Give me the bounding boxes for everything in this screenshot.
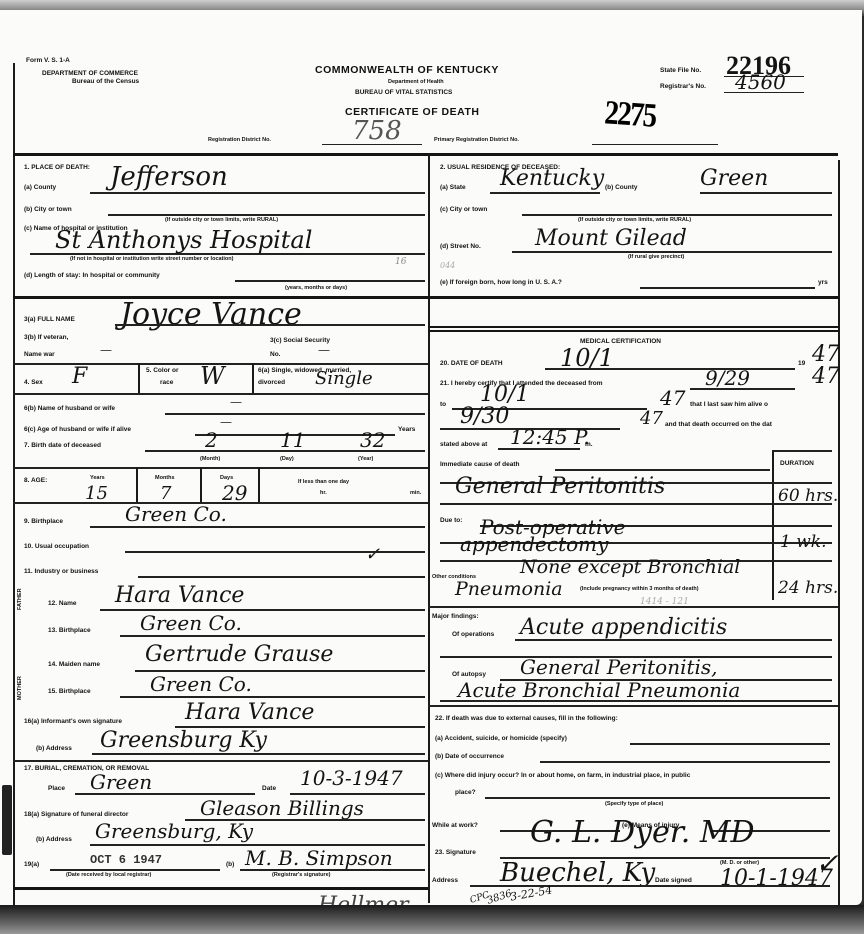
marital-label2: divorced bbox=[258, 380, 285, 387]
reg-district-label: Registration District No. bbox=[208, 138, 271, 144]
scan-bottom-edge bbox=[0, 905, 864, 934]
funeral-director-value: Gleason Billings bbox=[200, 798, 364, 818]
funeral-director-label: 18(a) Signature of funeral director bbox=[24, 812, 128, 819]
less-than-day-label: If less than one day bbox=[298, 480, 349, 486]
dod-century: 19 bbox=[798, 361, 805, 368]
funeral-addr-label: (b) Address bbox=[36, 837, 72, 844]
registrar-sig-value: M. B. Simpson bbox=[245, 848, 393, 868]
dod-label: 20. DATE OF DEATH bbox=[440, 361, 503, 368]
check-mark: ✓ bbox=[815, 850, 838, 878]
death-county-value: Jefferson bbox=[110, 164, 228, 190]
burial-date-label: Date bbox=[262, 786, 276, 793]
res-state-label: (a) State bbox=[440, 185, 466, 192]
birth-day-value: 11 bbox=[280, 430, 305, 450]
operations-value: Acute appendicitis bbox=[520, 617, 727, 639]
father-name-label: 12. Name bbox=[48, 601, 77, 608]
industry-label: 11. Industry or business bbox=[24, 569, 98, 576]
res-street-note: (If rural give precinct) bbox=[628, 255, 684, 261]
funeral-addr-value: Greensburg, Ky bbox=[95, 821, 253, 841]
institution-note: (If not in hospital or institution write… bbox=[70, 257, 233, 263]
attended-to-value: 10/1 bbox=[480, 384, 529, 406]
injury-place-label2: place? bbox=[455, 790, 476, 797]
other-conditions-duration: 24 hrs. bbox=[778, 580, 838, 597]
res-faint-note: 044 bbox=[440, 262, 455, 270]
bureau-label: Bureau of the Census bbox=[72, 79, 139, 86]
race-label: 5. Color or bbox=[146, 368, 179, 375]
month-note: (Month) bbox=[200, 457, 220, 463]
immediate-cause-label: Immediate cause of death bbox=[440, 462, 519, 469]
birth-date-label: 7. Birth date of deceased bbox=[24, 443, 101, 450]
spouse-age-label: 6(c) Age of husband or wife if alive bbox=[24, 427, 131, 434]
father-birthplace-label: 13. Birthplace bbox=[48, 628, 91, 635]
immediate-cause-value: General Peritonitis bbox=[455, 476, 665, 498]
res-city-label: (c) City or town bbox=[440, 207, 487, 214]
received-note: (Date received by local registrar) bbox=[66, 873, 151, 879]
dept-health-label: Department of Health bbox=[388, 80, 444, 86]
father-side-label: FATHER bbox=[18, 588, 24, 610]
external-causes-title: 22. If death was due to external causes,… bbox=[435, 716, 618, 723]
stated-label: stated above at bbox=[440, 442, 487, 449]
burial-place-label: Place bbox=[48, 786, 65, 793]
bureau-vital-label: BUREAU OF VITAL STATISTICS bbox=[355, 90, 452, 97]
state-file-label: State File No. bbox=[660, 68, 701, 75]
birthplace-value: Green Co. bbox=[125, 504, 227, 524]
sex-value: F bbox=[72, 366, 87, 388]
occupation-label: 10. Usual occupation bbox=[24, 544, 89, 551]
birthplace-label: 9. Birthplace bbox=[24, 519, 63, 526]
informant-sig-label: 16(a) Informant's own signature bbox=[24, 719, 122, 726]
min-label: min. bbox=[410, 491, 421, 497]
last-seen-value: 9/30 bbox=[460, 406, 509, 428]
veteran-label: 3(b) If veteran, bbox=[24, 335, 68, 342]
full-name-value: Joyce Vance bbox=[120, 300, 302, 330]
spouse-age-value: — bbox=[220, 416, 232, 428]
registrar-value: 4560 bbox=[735, 72, 786, 92]
birth-month-value: 2 bbox=[205, 430, 218, 450]
spouse-value: — bbox=[230, 396, 242, 408]
form-number: Form V. S. 1-A bbox=[26, 58, 70, 65]
father-name-value: Hara Vance bbox=[115, 585, 244, 607]
father-birthplace-value: Green Co. bbox=[140, 613, 242, 633]
mother-birthplace-value: Green Co. bbox=[150, 674, 252, 694]
sex-label: 4. Sex bbox=[24, 380, 43, 387]
spouse-age-unit: Years bbox=[398, 427, 415, 434]
age-days-value: 29 bbox=[222, 483, 247, 503]
foreign-unit: yrs bbox=[818, 280, 828, 287]
major-findings-label: Major findings: bbox=[432, 614, 479, 621]
res-street-label: (d) Street No. bbox=[440, 244, 481, 251]
physician-addr-value: Buechel, Ky bbox=[500, 860, 655, 886]
physician-sig-value: G. L. Dyer. MD bbox=[530, 818, 755, 848]
veteran-value: — bbox=[100, 344, 112, 356]
attended-to-year: 47 bbox=[660, 388, 685, 408]
due-to-duration: 1 wk. bbox=[780, 534, 826, 551]
death-city-label: (b) City or town bbox=[24, 207, 72, 214]
date-occurrence-label: (b) Date of occurrence bbox=[435, 754, 504, 761]
physician-sig-label: 23. Signature bbox=[435, 850, 476, 857]
registrar-sig-note: (Registrar's signature) bbox=[272, 873, 330, 879]
occurred-label: and that death occurred on the dat bbox=[665, 422, 772, 429]
other-conditions-value2: Pneumonia bbox=[455, 580, 563, 599]
to-label: to bbox=[440, 402, 446, 409]
marital-value: Single bbox=[315, 370, 373, 388]
institution-value: St Anthonys Hospital bbox=[55, 228, 312, 252]
dod-value: 10/1 bbox=[560, 346, 614, 370]
mother-side-label: MOTHER bbox=[18, 676, 24, 700]
ss-value: — bbox=[318, 344, 330, 356]
time-unit: m. bbox=[585, 442, 593, 449]
other-conditions-value1: None except Bronchial bbox=[520, 558, 740, 577]
spouse-label: 6(b) Name of husband or wife bbox=[24, 406, 115, 413]
race-value: W bbox=[200, 364, 225, 388]
birth-year-value: 32 bbox=[360, 430, 385, 450]
informant-addr-value: Greensburg Ky bbox=[100, 730, 267, 752]
attended-from-value: 9/29 bbox=[705, 368, 750, 388]
year-note: (Year) bbox=[358, 457, 373, 463]
attended-from-year: 47 bbox=[812, 366, 840, 388]
res-street-value: Mount Gilead bbox=[535, 228, 687, 250]
age-months-value: 7 bbox=[160, 485, 171, 503]
stay-value: 16 bbox=[395, 258, 406, 267]
registrar-label: Registrar's No. bbox=[660, 84, 706, 91]
autopsy-value1: General Peritonitis, bbox=[520, 657, 718, 677]
res-city-note: (If outside city or town limits, write R… bbox=[578, 218, 691, 224]
res-state-value: Kentucky bbox=[500, 168, 604, 190]
reg-district-value: 758 bbox=[352, 118, 402, 144]
mother-name-value: Gertrude Grause bbox=[145, 644, 333, 666]
commonwealth-title: COMMONWEALTH OF KENTUCKY bbox=[315, 65, 499, 76]
foreign-label: (e) If foreign born, how long in U. S. A… bbox=[440, 280, 562, 287]
registrar-sig-label: (b) bbox=[226, 862, 234, 869]
burial-place-value: Green bbox=[90, 772, 152, 792]
while-at-work-label: While at work? bbox=[432, 823, 478, 830]
margin-stamp bbox=[2, 785, 12, 855]
res-county-label: (b) County bbox=[605, 185, 638, 192]
months-label: Months bbox=[155, 476, 175, 482]
mother-name-label: 14. Maiden name bbox=[48, 662, 100, 669]
ss-no-label: No. bbox=[270, 352, 280, 359]
informant-addr-label: (b) Address bbox=[36, 746, 72, 753]
date-signed-label: Date signed bbox=[655, 878, 692, 885]
years-label: Years bbox=[90, 476, 105, 482]
physician-addr-label: Address bbox=[432, 878, 458, 885]
received-label: 19(a) bbox=[24, 862, 39, 869]
received-date-stamp: OCT 6 1947 bbox=[90, 854, 162, 866]
race-label2: race bbox=[160, 380, 173, 387]
injury-place-label: (c) Where did injury occur? In or about … bbox=[435, 773, 690, 780]
primary-reg-label: Primary Registration District No. bbox=[434, 138, 519, 144]
due-to-label: Due to: bbox=[440, 518, 462, 525]
res-county-value: Green bbox=[700, 168, 768, 190]
death-county-label: (a) County bbox=[24, 185, 56, 192]
duration-header: DURATION bbox=[780, 461, 814, 468]
age-label: 8. AGE: bbox=[24, 478, 47, 485]
day-note: (Day) bbox=[280, 457, 294, 463]
death-certificate: Form V. S. 1-A DEPARTMENT OF COMMERCE Bu… bbox=[0, 10, 862, 905]
file-stamp-number: 2275 bbox=[603, 94, 657, 135]
dod-year-value: 47 bbox=[812, 344, 840, 366]
other-conditions-note: (Include pregnancy within 3 months of de… bbox=[580, 587, 699, 593]
autopsy-value2: Acute Bronchial Pneumonia bbox=[458, 680, 740, 700]
occupation-check: ✓ bbox=[365, 546, 380, 564]
veteran-war-label: Name war bbox=[24, 352, 55, 359]
informant-sig-value: Hara Vance bbox=[185, 702, 314, 724]
injury-place-note: (Specify type of place) bbox=[605, 802, 663, 808]
burial-date-value: 10-3-1947 bbox=[300, 768, 403, 788]
hr-label: hr. bbox=[320, 491, 327, 497]
due-to-value2: appendectomy bbox=[460, 534, 608, 554]
age-years-value: 15 bbox=[85, 485, 108, 503]
department-label: DEPARTMENT OF COMMERCE bbox=[42, 71, 138, 78]
full-name-label: 3(a) FULL NAME bbox=[24, 317, 75, 324]
last-seen-year: 47 bbox=[640, 410, 663, 428]
left-frame bbox=[13, 63, 15, 923]
death-city-note: (If outside city or town limits, write R… bbox=[165, 218, 278, 224]
stay-note: (years, months or days) bbox=[285, 286, 347, 292]
time-of-death-value: 12:45 P. bbox=[510, 427, 590, 447]
last-seen-label: that I last saw him alive o bbox=[690, 402, 768, 409]
operations-label: Of operations bbox=[452, 632, 494, 639]
mother-birthplace-label: 15. Birthplace bbox=[48, 689, 91, 696]
stay-label: (d) Length of stay: In hospital or commu… bbox=[24, 273, 160, 280]
accident-label: (a) Accident, suicide, or homicide (spec… bbox=[435, 736, 567, 743]
place-of-death-title: 1. PLACE OF DEATH: bbox=[24, 165, 90, 172]
